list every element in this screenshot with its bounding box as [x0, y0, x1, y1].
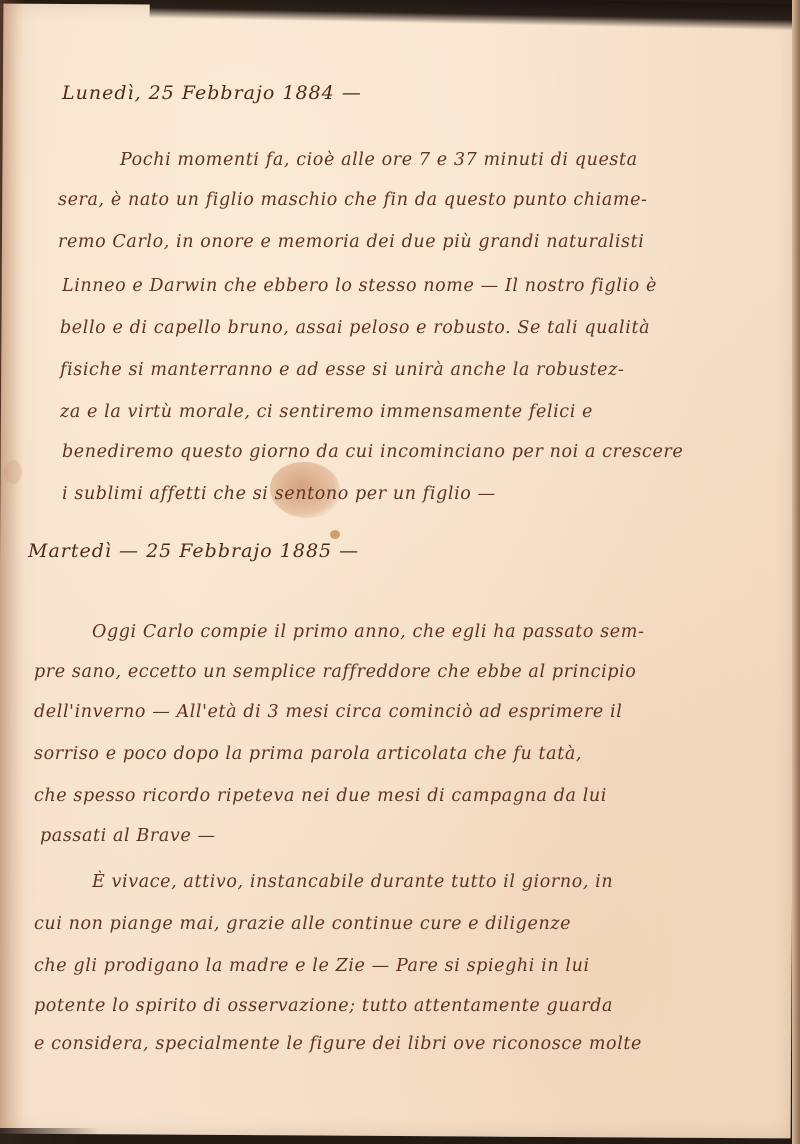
handwritten-text: Lunedì, 25 Febbrajo 1884 — Pochi momenti…: [0, 0, 800, 1144]
entry-line: Oggi Carlo compie il primo anno, che egl…: [92, 622, 644, 642]
entry-line: Pochi momenti fa, cioè alle ore 7 e 37 m…: [120, 150, 638, 170]
entry-line: e considera, specialmente le figure dei …: [34, 1034, 642, 1054]
entry-line: i sublimi affetti che si sentono per un …: [62, 484, 496, 504]
entry-line: passati al Brave —: [40, 826, 216, 846]
entry-line: fisiche si manterranno e ad esse si unir…: [60, 360, 624, 380]
entry-line: remo Carlo, in onore e memoria dei due p…: [58, 232, 644, 252]
entry-line: che gli prodigano la madre e le Zie — Pa…: [34, 956, 590, 976]
entry-line: bello e di capello bruno, assai peloso e…: [60, 318, 650, 338]
entry-line: Linneo e Darwin che ebbero lo stesso nom…: [62, 276, 657, 296]
entry-line: sorriso e poco dopo la prima parola arti…: [34, 744, 582, 764]
entry-line: benediremo questo giorno da cui incominc…: [62, 442, 683, 462]
entry-line: dell'inverno — All'età di 3 mesi circa c…: [34, 702, 622, 722]
entry-line: pre sano, eccetto un semplice raffreddor…: [34, 662, 636, 682]
scanned-page: Lunedì, 25 Febbrajo 1884 — Pochi momenti…: [0, 0, 800, 1144]
entry-line: cui non piange mai, grazie alle continue…: [34, 914, 571, 934]
entry-line: che spesso ricordo ripeteva nei due mesi…: [34, 786, 607, 806]
entry-line: sera, è nato un figlio maschio che fin d…: [58, 190, 648, 210]
entry-date: Martedì — 25 Febbrajo 1885 —: [28, 540, 359, 562]
entry-line: È vivace, attivo, instancabile durante t…: [92, 872, 613, 892]
entry-line: za e la virtù morale, ci sentiremo immen…: [60, 402, 593, 422]
entry-date: Lunedì, 25 Febbrajo 1884 —: [62, 82, 362, 104]
entry-line: potente lo spirito di osservazione; tutt…: [34, 996, 613, 1016]
